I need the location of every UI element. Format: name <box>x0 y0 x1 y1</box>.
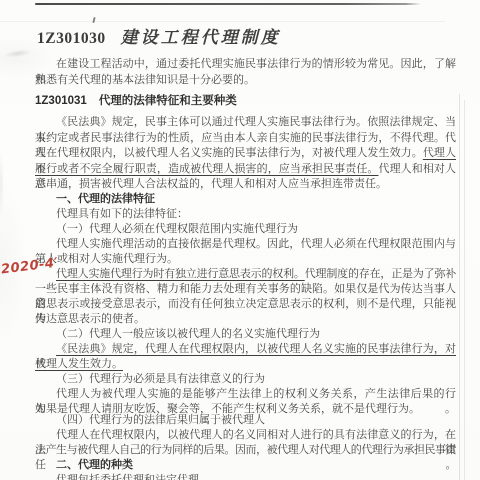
intro-paragraph: 在建设工程活动中，通过委托代理实施民事法律行为的情形较为常见。因此，了解和 熟悉… <box>35 56 456 88</box>
chapter-code: 1Z301030 <box>37 30 106 48</box>
chapter-title: 1Z301030 建设工程代理制度 <box>37 23 281 48</box>
body-line: 代理人为被代理人实施的是能够产生法律上的权利义务关系，产生法律后果的行为。 <box>35 387 456 402</box>
item-heading-3: （三）代理行为必须是具有法律意义的行为 <box>35 372 456 387</box>
body-line: 意思表示或接受意思表示，而没有任何独立决定意思表示的权利，则不是代理，只能视为 <box>35 297 456 312</box>
section-code: 1Z301031 <box>35 95 87 107</box>
body-line: 《民法典》规定，民事主体可以通过代理人实施民事法律行为。依照法律规定、当事 <box>35 115 456 131</box>
scan-smudge <box>0 150 4 220</box>
item-heading-2: （二）代理人一般应该以被代理人的名义实施代理行为 <box>35 327 456 342</box>
chapter-name: 建设工程代理制度 <box>121 23 281 48</box>
top-scan-rule <box>35 3 421 5</box>
underlined-text: 履行或者不完全履行职责，造成被代理人损害的，应当承担民事责任。 <box>35 163 379 175</box>
faint-scan-rule <box>0 21 445 22</box>
body-line: 代理人发生效力。 <box>35 357 456 372</box>
scanned-textbook-page: { "colors": { "ink": "#474747", "heading… <box>0 0 480 480</box>
body-line: 意串通，损害被代理人合法权益的，代理人和相对人应当承担连带责任。 <box>35 177 456 193</box>
section-heading: 1Z301031 代理的法律特征和主要种类 <box>35 92 237 108</box>
subsection-heading-1: 一、代理的法律特征 <box>35 192 456 207</box>
body-line: 人在代理权限内，以被代理人名义实施的民事法律行为，对被代理人发生效力。代理人不 <box>35 146 456 162</box>
body-line: 履行或者不完全履行职责，造成被代理人损害的，应当承担民事责任。代理人和相对人恶 <box>35 162 456 178</box>
page-edge-line <box>464 100 465 480</box>
body-line: 代理具有如下的法律特征： <box>35 207 456 222</box>
body-line: 在建设工程活动中，通过委托代理实施民事法律行为的情形较为常见。因此，了解和 <box>35 56 456 72</box>
body-line: 传达意思表示的使者。 <box>35 312 456 327</box>
body-text: 人在代理权限内，以被代理人名义实施的民事法律行为，对被代理人发生效力。 <box>35 147 423 159</box>
body-line: 代理人实施代理活动的直接依据是代理权。因此，代理人必须在代理权限范围内与第 <box>35 237 456 252</box>
body-line: 熟悉有关代理的基本法律知识是十分必要的。 <box>35 72 456 88</box>
underlined-text: 代理人发生效力。 <box>35 358 123 370</box>
body-text: 代理制度的存在，正是为了弥补 <box>305 268 456 280</box>
body-line: 代理人实施代理行为时有独立进行意思表示的权利。代理制度的存在，正是为了弥补 <box>35 267 456 282</box>
body-line: 三人或相对人实施代理行为。 <box>35 252 456 267</box>
item-heading-4: （四）代理行为的法律后果归属于被代理人 <box>35 413 456 428</box>
features-block: 一、代理的法律特征 代理具有如下的法律特征： （一）代理人必须在代理权限范围内实… <box>35 192 456 417</box>
item-heading-1: （一）代理人必须在代理权限范围内实施代理行为 <box>35 222 456 237</box>
scan-smudge <box>4 48 33 59</box>
consequences-block: （四）代理行为的法律后果归属于被代理人 代理人在代理权限内，以被代理人的名义同相… <box>35 413 456 480</box>
body-line: 《民法典》规定，代理人在代理权限内，以被代理人名义实施的民事法律行为，对被 <box>35 342 456 357</box>
body-line: 一些民事主体没有资格、精力和能力去处理有关事务的缺陷。如果仅是代为传达当事人的 <box>35 282 456 297</box>
paragraph-minfadian: 《民法典》规定，民事主体可以通过代理人实施民事法律行为。依照法律规定、当事 人约… <box>35 115 456 193</box>
body-line: 上产生与被代理人自己的行为同样的后果。因而，被代理人对代理人的代理行为承担民事责… <box>35 443 456 458</box>
body-line: 代理包括委托代理和法定代理。 <box>35 473 456 480</box>
underlined-text: 代理人实施代理行为时有独立进行意思表示的权利。 <box>56 268 305 280</box>
section-title: 代理的法律特征和主要种类 <box>99 92 237 108</box>
body-line: 人约定或者民事法律行为的性质，应当由本人亲自实施的民事法律行为，不得代理。代理 <box>35 131 456 147</box>
body-line: 代理人在代理权限内，以被代理人的名义同相对人进行的具有法律意义的行为，在法律 <box>35 428 456 443</box>
page-edge-line <box>459 94 460 480</box>
